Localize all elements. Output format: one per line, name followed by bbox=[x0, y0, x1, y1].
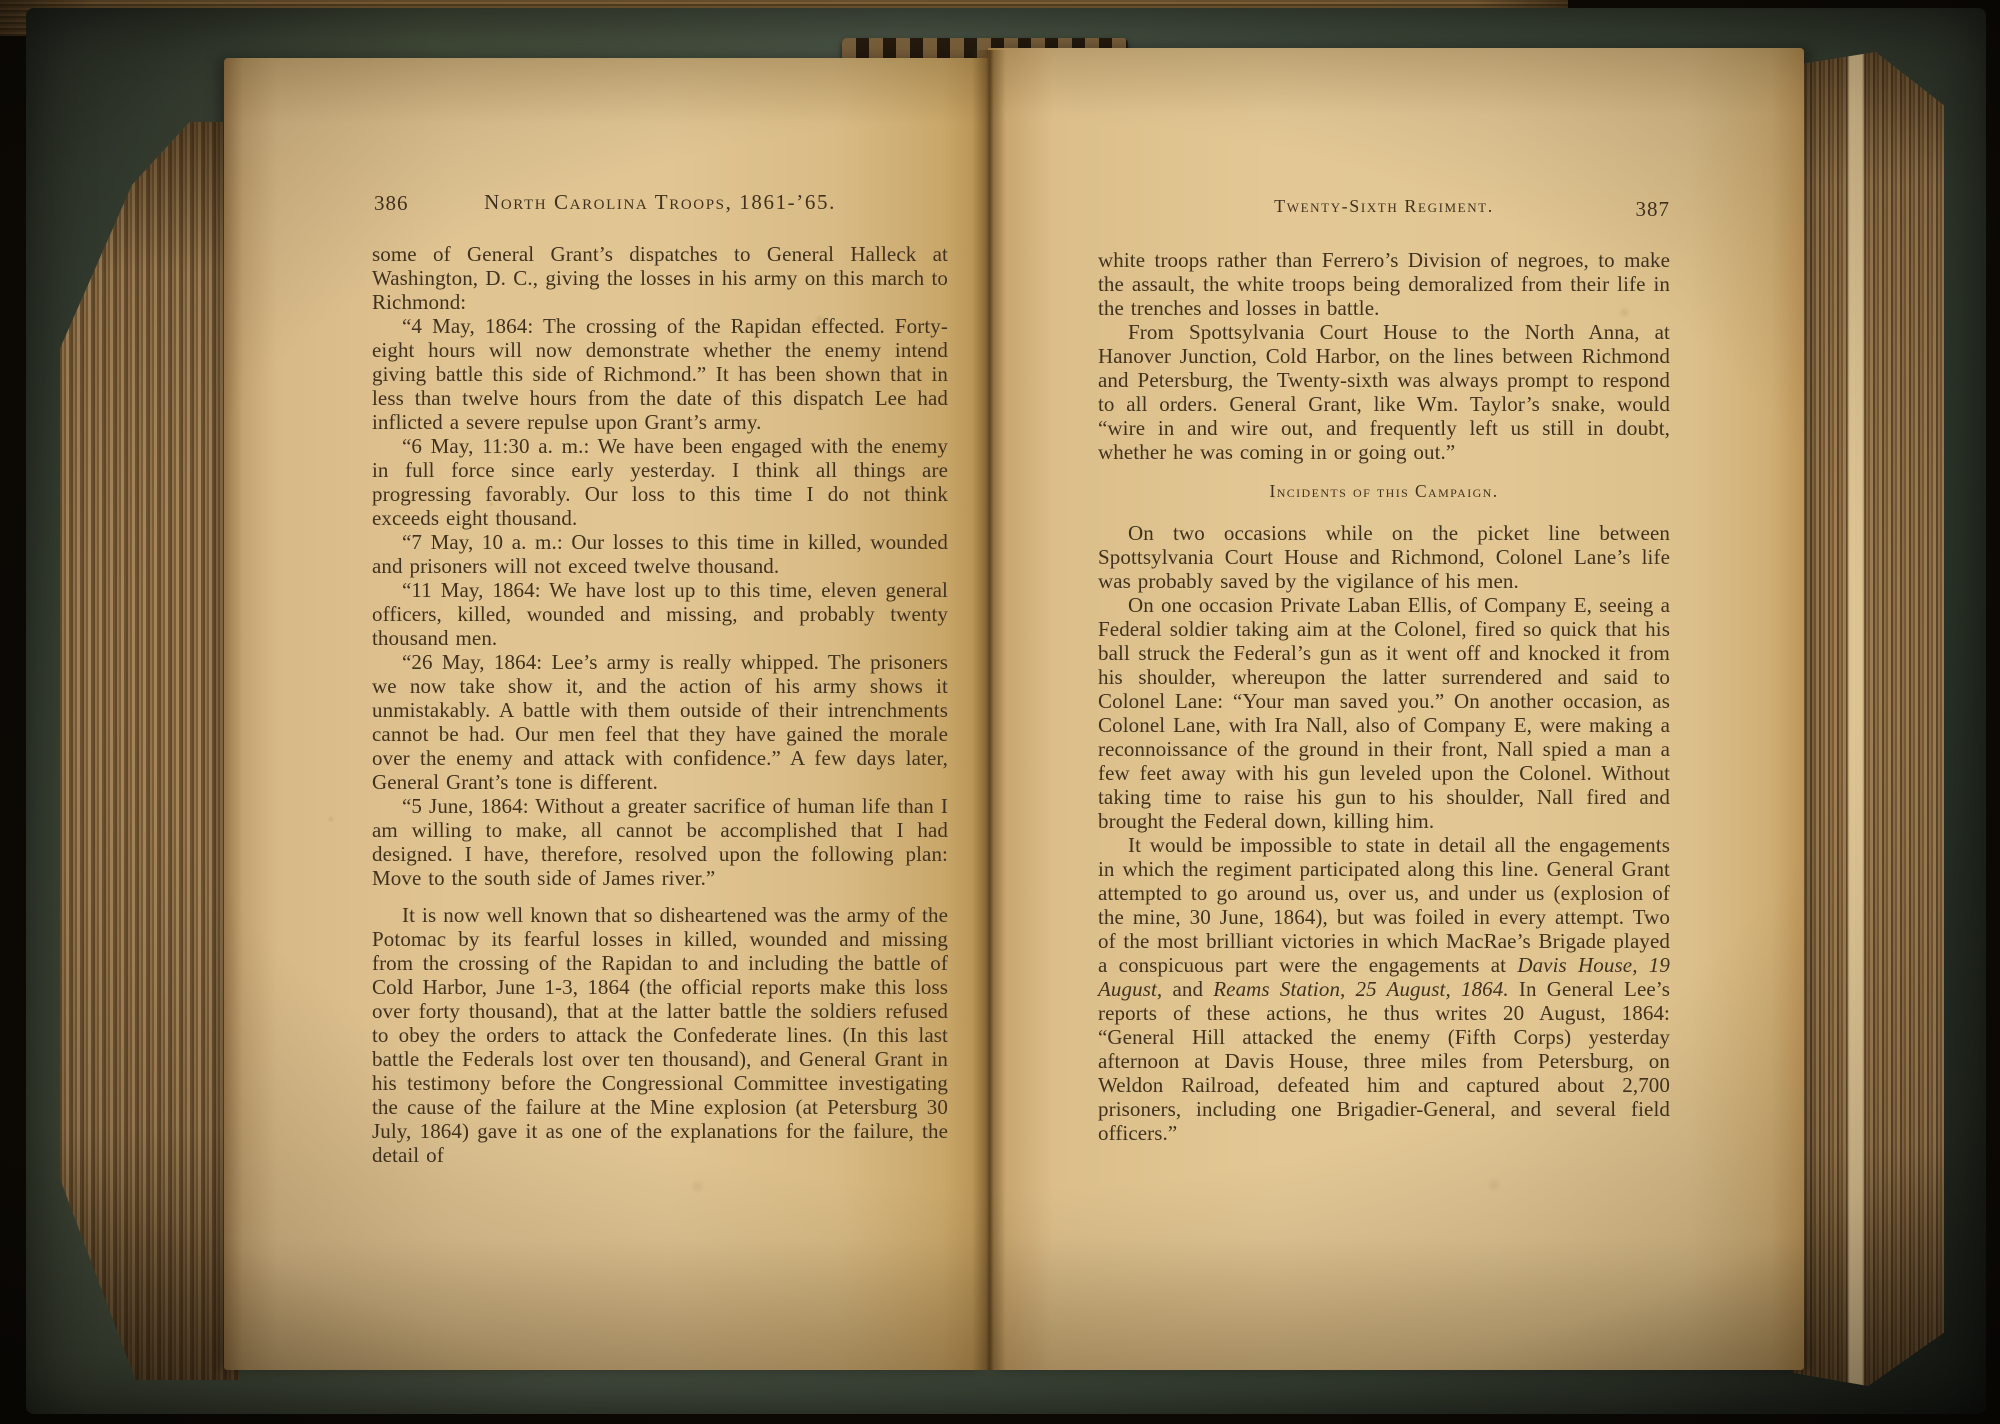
text-segment: From Spottsylvania Court House to the No… bbox=[1098, 320, 1670, 464]
paragraph: It is now well known that so disheartene… bbox=[372, 903, 948, 1167]
text-segment: In General Lee’s reports of these action… bbox=[1098, 977, 1670, 1145]
right-page-edges bbox=[1792, 52, 1944, 1386]
text-segment: “11 May, 1864: We have lost up to this t… bbox=[372, 578, 948, 650]
right-page-number: 387 bbox=[1636, 197, 1671, 222]
left-page-text: some of General Grant’s dispatches to Ge… bbox=[372, 242, 948, 1167]
paragraph: some of General Grant’s dispatches to Ge… bbox=[372, 242, 948, 314]
paragraph: It would be impossible to state in detai… bbox=[1098, 833, 1670, 1145]
text-segment: “26 May, 1864: Lee’s army is really whip… bbox=[372, 650, 948, 794]
left-page-content: 386 North Carolina Troops, 1861-’65. som… bbox=[372, 190, 948, 1167]
text-segment: “6 May, 11:30 a. m.: We have been engage… bbox=[372, 434, 948, 530]
text-segment: On two occasions while on the picket lin… bbox=[1098, 521, 1670, 593]
text-segment: some of General Grant’s dispatches to Ge… bbox=[372, 242, 948, 314]
left-page-edges bbox=[60, 122, 240, 1380]
paragraph: “5 June, 1864: Without a greater sacrifi… bbox=[372, 794, 948, 890]
paragraph: “11 May, 1864: We have lost up to this t… bbox=[372, 578, 948, 650]
right-page-header: Twenty-Sixth Regiment. 387 bbox=[1098, 196, 1670, 226]
text-segment: “5 June, 1864: Without a greater sacrifi… bbox=[372, 794, 948, 890]
text-segment: On one occasion Private Laban Ellis, of … bbox=[1098, 593, 1670, 833]
text-segment: “7 May, 10 a. m.: Our losses to this tim… bbox=[372, 530, 948, 578]
right-page-text-upper: white troops rather than Ferrero’s Divis… bbox=[1098, 248, 1670, 464]
section-heading: Incidents of this Campaign. bbox=[1098, 481, 1670, 502]
paragraph: On one occasion Private Laban Ellis, of … bbox=[1098, 593, 1670, 833]
left-page-header: 386 North Carolina Troops, 1861-’65. bbox=[372, 190, 948, 220]
text-segment: and bbox=[1162, 977, 1213, 1001]
paragraph: “4 May, 1864: The crossing of the Rapida… bbox=[372, 314, 948, 434]
paragraph: “6 May, 11:30 a. m.: We have been engage… bbox=[372, 434, 948, 530]
right-running-title: Twenty-Sixth Regiment. bbox=[1098, 196, 1670, 217]
left-running-title: North Carolina Troops, 1861-’65. bbox=[372, 190, 948, 215]
text-segment: It is now well known that so disheartene… bbox=[372, 903, 948, 1167]
right-page-content: Twenty-Sixth Regiment. 387 white troops … bbox=[1098, 196, 1670, 1145]
paragraph: white troops rather than Ferrero’s Divis… bbox=[1098, 248, 1670, 320]
photo-background: 386 North Carolina Troops, 1861-’65. som… bbox=[0, 0, 2000, 1424]
text-segment: Reams Station, 25 August, 1864. bbox=[1213, 977, 1509, 1001]
book-gutter bbox=[972, 50, 1006, 1370]
text-segment: “4 May, 1864: The crossing of the Rapida… bbox=[372, 314, 948, 434]
paragraph: “7 May, 10 a. m.: Our losses to this tim… bbox=[372, 530, 948, 578]
paragraph: From Spottsylvania Court House to the No… bbox=[1098, 320, 1670, 464]
right-page-text-lower: On two occasions while on the picket lin… bbox=[1098, 521, 1670, 1145]
paragraph: “26 May, 1864: Lee’s army is really whip… bbox=[372, 650, 948, 794]
left-page-number: 386 bbox=[374, 191, 409, 216]
paragraph: On two occasions while on the picket lin… bbox=[1098, 521, 1670, 593]
text-segment: white troops rather than Ferrero’s Divis… bbox=[1098, 248, 1670, 320]
